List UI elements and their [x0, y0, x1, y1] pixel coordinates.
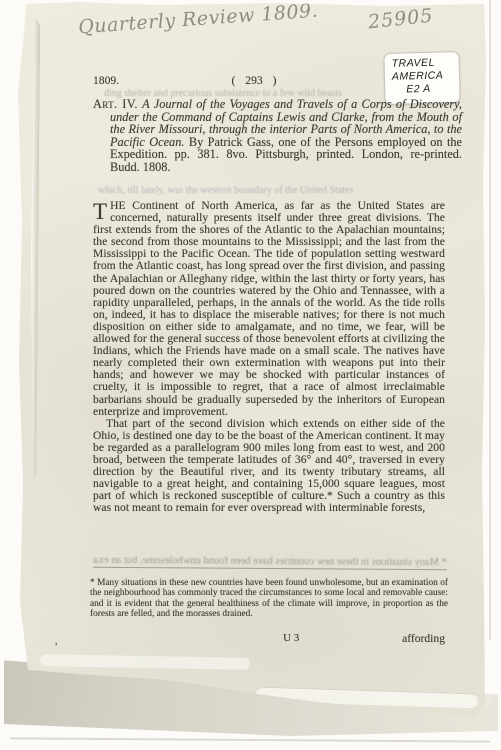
sheet-edge-line: [10, 737, 490, 742]
paragraph-text: HE Continent of North America, as far as…: [93, 199, 445, 418]
showthrough-text: which, till lately, was the western boun…: [98, 185, 446, 196]
pencil-annotation-number: 25905: [367, 5, 434, 34]
page-footer: , U 3 affording: [93, 632, 445, 650]
article-body: THE Continent of North America, as far a…: [93, 200, 445, 514]
stray-mark: ,: [55, 636, 58, 647]
article-heading: Art. IV. A Journal of the Voyages and Tr…: [93, 98, 462, 173]
page-number: ( 293 ): [93, 74, 415, 87]
fold-crease: [30, 16, 40, 486]
catchword: affording: [402, 632, 445, 645]
drop-cap: T: [93, 200, 110, 223]
signature-mark: U 3: [283, 632, 299, 644]
pencil-annotation-title: Quarterly Review 1809.: [78, 0, 319, 38]
book-page-leaf: Quarterly Review 1809. 25905 TRAVEL AMER…: [18, 2, 486, 724]
paragraph: THE Continent of North America, as far a…: [93, 200, 445, 418]
page-header: 1809. ( 293 ): [93, 74, 445, 87]
showthrough-text: * Many situations in these new countries…: [93, 555, 447, 568]
scanned-document: Quarterly Review 1809. 25905 TRAVEL AMER…: [0, 0, 501, 750]
showthrough-smudge: * Many situations in these new countries…: [93, 555, 447, 570]
footnote: * Many situations in these new countries…: [90, 578, 448, 619]
torn-edge: [40, 654, 250, 670]
sheet-edge-line: [489, 0, 491, 640]
paragraph: That part of the second division which e…: [93, 418, 445, 515]
